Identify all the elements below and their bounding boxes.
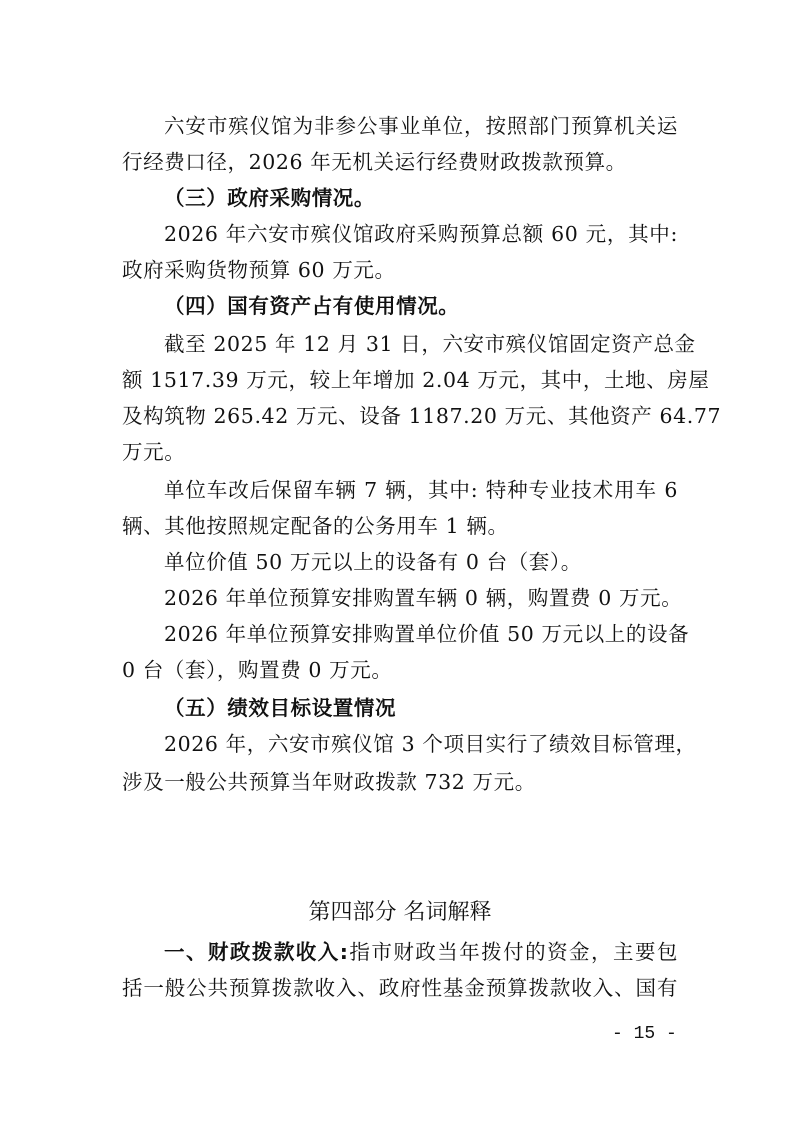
section-heading-procurement: （三）政府采购情况。: [164, 184, 678, 212]
part-title: 第四部分 名词解释: [0, 898, 800, 928]
body-text: 万元。: [122, 438, 678, 466]
body-text: 涉及一般公共预算当年财政拨款 732 万元。: [122, 768, 678, 796]
body-text: 2026 年单位预算安排购置单位价值 50 万元以上的设备: [164, 620, 678, 648]
definition-line: 一、财政拨款收入:指市财政当年拨付的资金，主要包: [164, 938, 678, 966]
body-text: 2026 年单位预算安排购置车辆 0 辆，购置费 0 万元。: [164, 584, 678, 612]
body-text: 政府采购货物预算 60 万元。: [122, 256, 678, 284]
body-text: 单位价值 50 万元以上的设备有 0 台（套）。: [164, 548, 678, 576]
body-text: 辆、其他按照规定配备的公务用车 1 辆。: [122, 512, 678, 540]
body-text: 及构筑物 265.42 万元、设备 1187.20 万元、其他资产 64.77: [122, 402, 678, 430]
body-text: 截至 2025 年 12 月 31 日，六安市殡仪馆固定资产总金: [164, 330, 678, 358]
section-heading-assets: （四）国有资产占有使用情况。: [164, 292, 678, 320]
definition-term: 一、财政拨款收入:: [164, 940, 349, 964]
document-page: 六安市殡仪馆为非参公事业单位，按照部门预算机关运 行经费口径，2026 年无机关…: [0, 0, 800, 1131]
body-text: 2026 年六安市殡仪馆政府采购预算总额 60 元，其中:: [164, 220, 678, 248]
definition-text: 指市财政当年拨付的资金，主要包: [349, 940, 678, 964]
body-text: 括一般公共预算拨款收入、政府性基金预算拨款收入、国有: [122, 974, 678, 1002]
body-text: 2026 年，六安市殡仪馆 3 个项目实行了绩效目标管理，: [164, 730, 678, 758]
body-text: 六安市殡仪馆为非参公事业单位，按照部门预算机关运: [164, 112, 678, 140]
body-text: 行经费口径，2026 年无机关运行经费财政拨款预算。: [122, 148, 678, 176]
section-heading-performance: （五）绩效目标设置情况: [164, 694, 678, 722]
body-text: 0 台（套），购置费 0 万元。: [122, 656, 678, 684]
body-text: 单位车改后保留车辆 7 辆，其中: 特种专业技术用车 6: [164, 476, 678, 504]
body-text: 额 1517.39 万元，较上年增加 2.04 万元，其中，土地、房屋: [122, 366, 678, 394]
page-number: - 15 -: [612, 1024, 677, 1044]
